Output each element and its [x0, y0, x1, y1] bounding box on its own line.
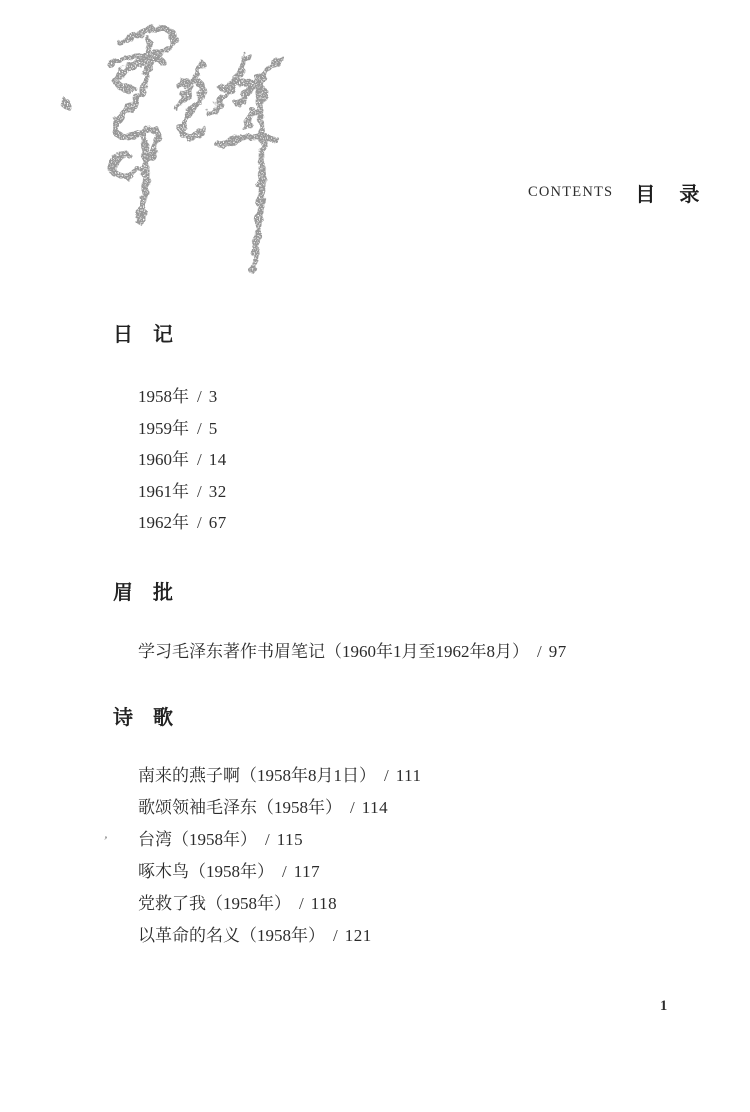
entry-page-number: 97 [549, 642, 567, 661]
folio-page-number: 1 [660, 998, 667, 1015]
entry-page-number: 114 [362, 798, 388, 817]
slash-separator: / [197, 387, 202, 406]
toc-item: 学习毛泽东著作书眉笔记（1960年1月至1962年8月）/97 [138, 641, 567, 663]
toc-item: 歌颂领袖毛泽东（1958年）/114 [138, 792, 421, 824]
toc-item: 1961年/32 [138, 476, 227, 508]
entry-title: 1960年 [138, 450, 189, 469]
toc-item: 党救了我（1958年）/118 [138, 888, 421, 920]
entry-page-number: 32 [209, 482, 227, 501]
section-header-poems: 诗 歌 [113, 701, 173, 730]
slash-separator: / [197, 513, 202, 532]
toc-item: 1958年/3 [138, 381, 227, 413]
entry-page-number: 67 [209, 513, 227, 532]
slash-separator: / [333, 926, 338, 945]
slash-separator: / [197, 482, 202, 501]
entry-title: 1961年 [138, 482, 189, 501]
entry-title: 啄木鸟（1958年） [138, 862, 274, 881]
entry-title: 1959年 [138, 419, 189, 438]
toc-item: 1960年/14 [138, 444, 227, 476]
slash-separator: / [350, 798, 355, 817]
slash-separator: / [299, 894, 304, 913]
calligraphy-strokes-icon [50, 14, 320, 289]
entry-page-number: 3 [209, 387, 218, 406]
toc-page: CONTENTS 目 录 日 记 1958年/3 1959年/5 1960年/1… [0, 0, 750, 1112]
section-header-marginalia: 眉 批 [113, 576, 173, 605]
entry-page-number: 111 [396, 766, 422, 785]
entry-page-number: 14 [209, 450, 227, 469]
entry-page-number: 115 [277, 830, 303, 849]
entry-title: 1962年 [138, 513, 189, 532]
entry-title: 歌颂领袖毛泽东（1958年） [138, 798, 342, 817]
entry-page-number: 117 [294, 862, 320, 881]
diary-entry-list: 1958年/3 1959年/5 1960年/14 1961年/32 1962年/… [138, 381, 227, 539]
toc-item: 以革命的名义（1958年）/121 [138, 920, 421, 952]
section-header-diary: 日 记 [113, 318, 173, 347]
toc-item: 南来的燕子啊（1958年8月1日）/111 [138, 760, 421, 792]
entry-page-number: 121 [345, 926, 372, 945]
entry-title: 党救了我（1958年） [138, 894, 291, 913]
toc-item: 1959年/5 [138, 413, 227, 445]
toc-item: 台湾（1958年）/115 [138, 824, 421, 856]
entry-page-number: 118 [311, 894, 337, 913]
marginalia-entry-list: 学习毛泽东著作书眉笔记（1960年1月至1962年8月）/97 [138, 641, 567, 663]
toc-item: 啄木鸟（1958年）/117 [138, 856, 421, 888]
slash-separator: / [537, 642, 542, 661]
slash-separator: / [384, 766, 389, 785]
contents-heading-chinese: 目 录 [635, 178, 701, 207]
slash-separator: / [197, 450, 202, 469]
entry-title: 学习毛泽东著作书眉笔记（1960年1月至1962年8月） [138, 642, 529, 661]
entry-page-number: 5 [209, 419, 218, 438]
toc-item: 1962年/67 [138, 507, 227, 539]
entry-title: 台湾（1958年） [138, 830, 257, 849]
slash-separator: / [282, 862, 287, 881]
poem-entry-list: 南来的燕子啊（1958年8月1日）/111 歌颂领袖毛泽东（1958年）/114… [138, 760, 421, 952]
entry-title: 1958年 [138, 387, 189, 406]
entry-title: 南来的燕子啊（1958年8月1日） [138, 766, 376, 785]
contents-heading: CONTENTS 目 录 [528, 178, 701, 206]
slash-separator: / [265, 830, 270, 849]
scan-artifact-mark: ’ [102, 833, 109, 850]
contents-heading-english: CONTENTS [528, 184, 613, 201]
slash-separator: / [197, 419, 202, 438]
entry-title: 以革命的名义（1958年） [138, 926, 325, 945]
leifeng-calligraphy-logo [50, 14, 320, 289]
